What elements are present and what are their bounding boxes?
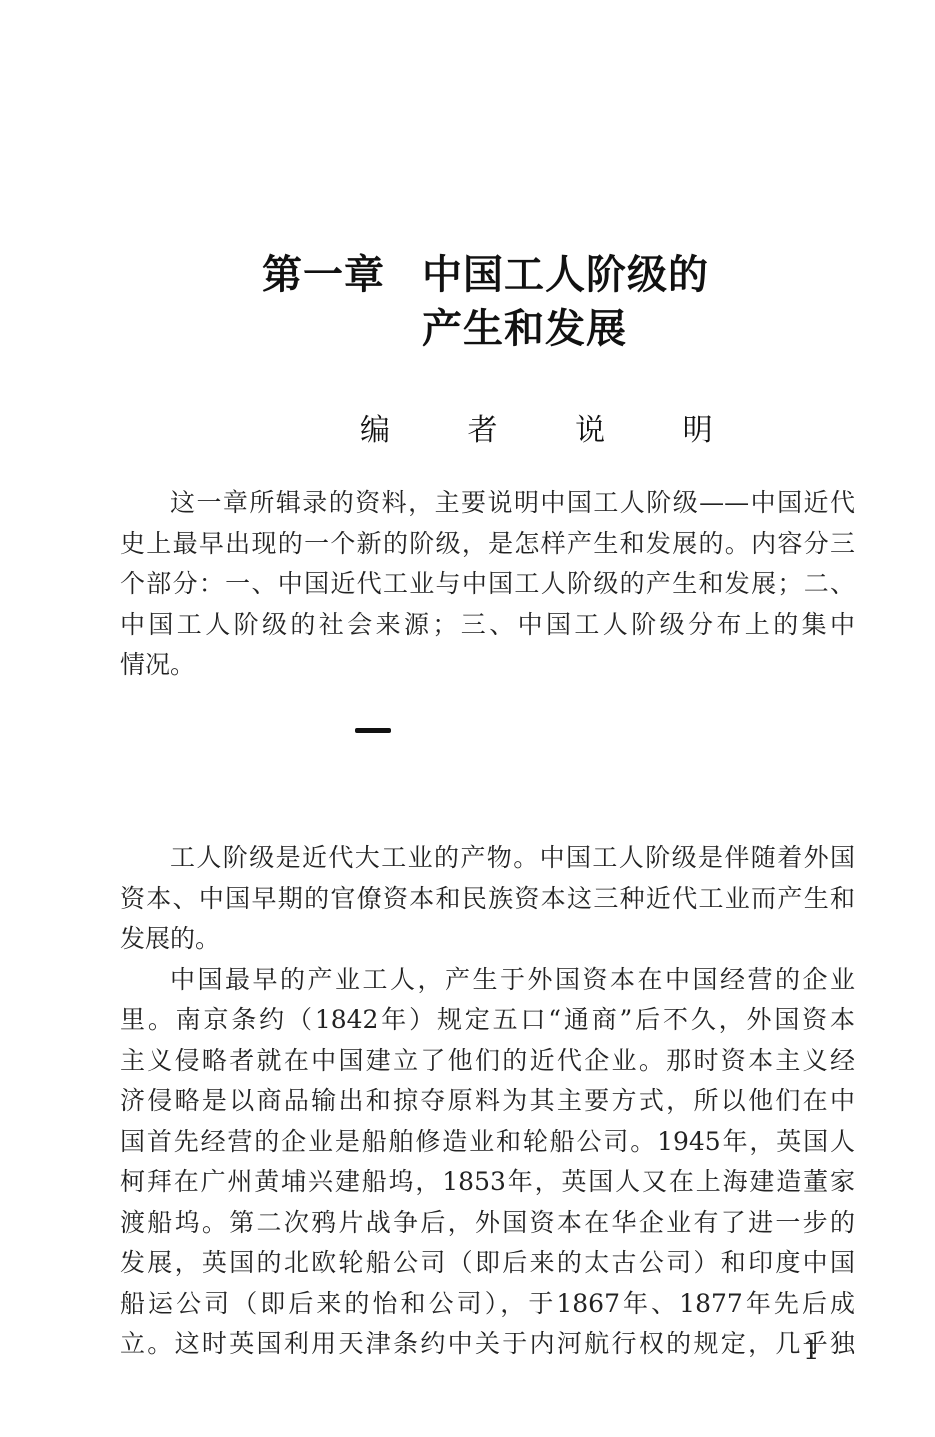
text-line: 史上最早出现的一个新的阶级，是怎样产生和发展的。内容分三 (120, 524, 855, 565)
page-number: 1 (803, 1336, 820, 1366)
text-line: 资本、中国早期的官僚资本和民族资本这三种近代工业而产生和 (120, 879, 855, 920)
text-line: 主义侵略者就在中国建立了他们的近代企业。那时资本主义经 (120, 1041, 855, 1082)
text-line: 船运公司（即后来的怡和公司），于1867年、1877年先后成 (120, 1284, 855, 1325)
document-page: 第一章中国工人阶级的 产生和发展 编 者 说 明 这一章所辑录的资料，主要说明中… (0, 0, 935, 1437)
intro-paragraph: 这一章所辑录的资料，主要说明中国工人阶级——中国近代 史上最早出现的一个新的阶级… (120, 483, 855, 686)
text-line: 济侵略是以商品输出和掠夺原料为其主要方式，所以他们在中 (120, 1081, 855, 1122)
text-line: 发展的。 (120, 919, 855, 960)
text-line: 柯拜在广州黄埔兴建船坞，1853年，英国人又在上海建造董家 (120, 1162, 855, 1203)
chapter-label: 第一章 (262, 248, 422, 302)
text-line: 国首先经营的企业是船舶修造业和轮船公司。1945年，英国人 (120, 1122, 855, 1163)
text-line: 中国最早的产业工人，产生于外国资本在中国经营的企业 (120, 960, 855, 1001)
section-heading: 编 者 说 明 (360, 405, 747, 449)
text-line: 工人阶级是近代大工业的产物。中国工人阶级是伴随着外国 (120, 838, 855, 879)
text-line: 情况。 (120, 645, 855, 686)
text-line: 里。南京条约（1842年）规定五口“通商”后不久，外国资本 (120, 1000, 855, 1041)
chapter-title-line-1: 中国工人阶级的 (422, 252, 709, 298)
part-marker-one (355, 728, 391, 733)
text-line: 个部分：一、中国近代工业与中国工人阶级的产生和发展；二、 (120, 564, 855, 605)
part-one-body: 工人阶级是近代大工业的产物。中国工人阶级是伴随着外国 资本、中国早期的官僚资本和… (120, 838, 855, 1365)
chapter-title: 第一章中国工人阶级的 产生和发展 (262, 248, 709, 356)
text-line: 这一章所辑录的资料，主要说明中国工人阶级——中国近代 (120, 483, 855, 524)
text-line: 发展，英国的北欧轮船公司（即后来的太古公司）和印度中国 (120, 1243, 855, 1284)
text-line: 中国工人阶级的社会来源；三、中国工人阶级分布上的集中 (120, 605, 855, 646)
text-line: 渡船坞。第二次鸦片战争后，外国资本在华企业有了进一步的 (120, 1203, 855, 1244)
text-line: 立。这时英国利用天津条约中关于内河航行权的规定，几乎独 (120, 1324, 855, 1365)
chapter-title-line-2: 产生和发展 (262, 302, 709, 356)
